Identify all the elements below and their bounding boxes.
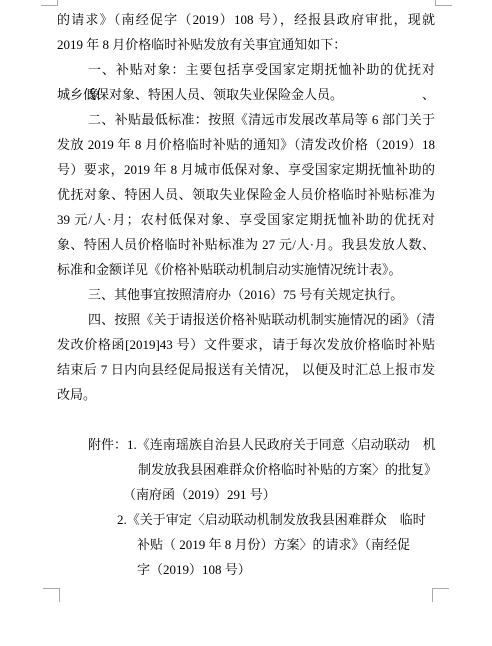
- page-margin-mark-top-right: [435, 0, 452, 6]
- text-line: 改局。: [57, 382, 435, 407]
- text-line: 发改价格函[2019]43 号）文件要求，请于每次发放价格临时补贴: [57, 332, 435, 357]
- page-margin-mark-bottom-left: [43, 588, 60, 602]
- text-line: 附件：1.《连南瑶族自治县人民政府关于同意〈启动联动 机: [57, 432, 435, 457]
- text-line: 号）要求，2019 年 8 月城市低保对象、享受国家定期抚恤补助的: [57, 157, 435, 182]
- text-line: 发放 2019 年 8 月价格临时补贴的通知》（清发改价格（2019）18: [57, 132, 435, 157]
- text-line: 四、按照《关于请报送价格补贴联动机制实施情况的函》（清: [57, 307, 435, 332]
- document-text-body: 的请求》（南经促字（2019）108 号），经报县政府审批，现就2019 年 8…: [57, 7, 435, 582]
- text-line: 的请求》（南经促字（2019）108 号），经报县政府审批，现就: [57, 7, 435, 32]
- blank-line: [57, 407, 435, 432]
- page-margin-mark-top-left: [41, 0, 58, 6]
- text-line: 字（2019）108 号）: [57, 557, 435, 582]
- text-line: 结束后 7 日内向县经促局报送有关情况， 以便及时汇总上报市发: [57, 357, 435, 382]
- text-line: 优抚对象、特困人员、领取失业保险金人员价格临时补贴标准为: [57, 182, 435, 207]
- text-line: 二、补贴最低标准：按照《清远市发展改革局等 6 部门关于: [57, 107, 435, 132]
- text-line: 39 元/人·月；农村低保对象、享受国家定期抚恤补助的优抚对: [57, 207, 435, 232]
- text-line: 补贴（ 2019 年 8 月份）方案〉的请求》（南经促: [57, 532, 435, 557]
- document-page: 的请求》（南经促字（2019）108 号），经报县政府审批，现就2019 年 8…: [0, 0, 492, 646]
- text-line: 制发放我县困难群众价格临时补贴的方案〉的批复》: [57, 457, 435, 482]
- text-line: 标准和金额详见《价格补贴联动机制启动实施情况统计表》。: [57, 257, 435, 282]
- text-line: （南府函（2019）291 号）: [57, 482, 435, 507]
- page-margin-mark-bottom-right: [432, 588, 449, 602]
- text-line: 象、特困人员价格临时补贴标准为 27 元/人·月。我县发放人数、: [57, 232, 435, 257]
- text-line: 2.《关于审定〈启动联动机制发放我县困难群众 临时: [57, 507, 435, 532]
- text-line: 三、其他事宜按照清府办（2016）75 号有关规定执行。: [57, 282, 435, 307]
- text-line: 一、补贴对象：主要包括享受国家定期抚恤补助的优抚对象、: [57, 57, 435, 82]
- text-line: 2019 年 8 月价格临时补贴发放有关事宜通知如下：: [57, 32, 435, 57]
